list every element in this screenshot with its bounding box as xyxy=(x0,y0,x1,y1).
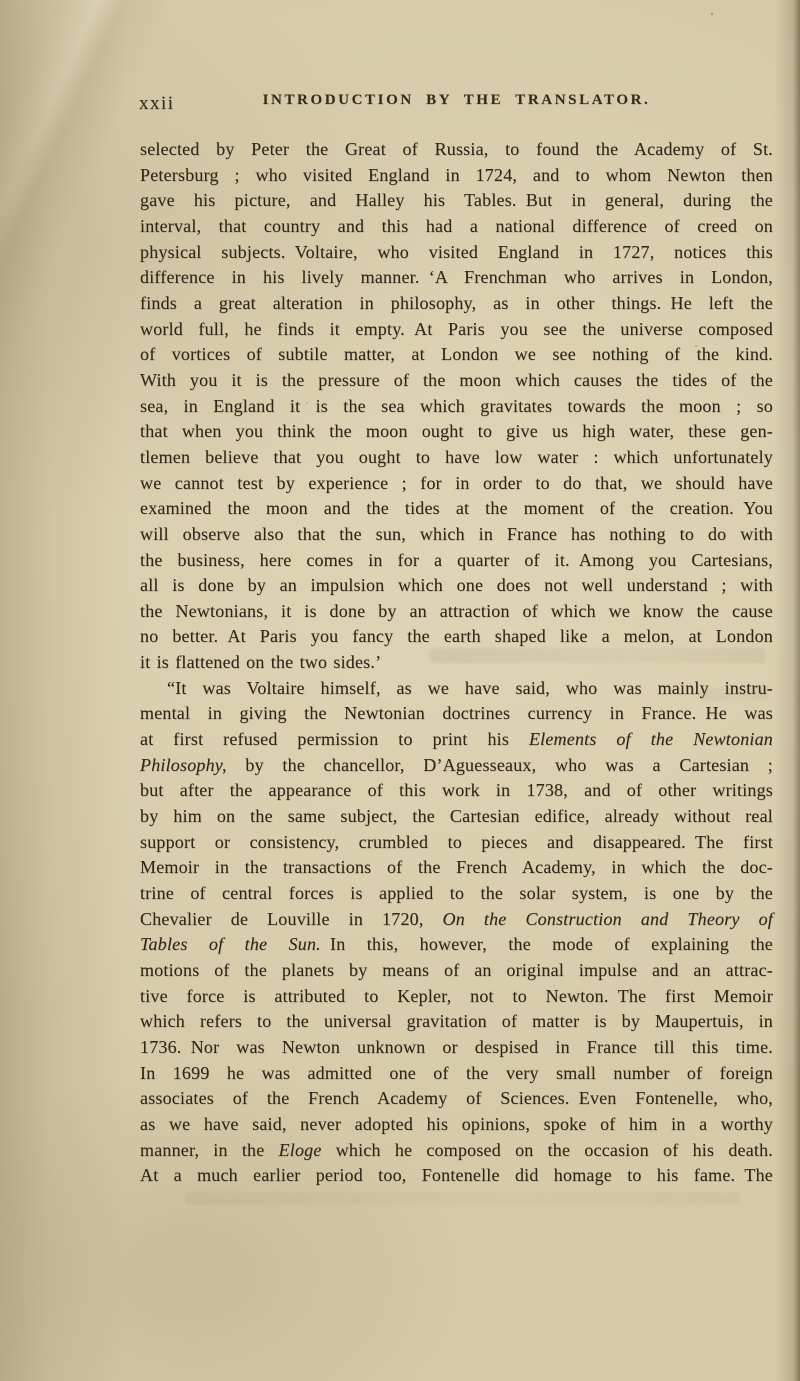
text-segment: physical subjects. Voltaire, who visited… xyxy=(140,242,773,262)
text-segment: trine of central forces is applied to th… xyxy=(140,883,773,903)
text-segment: the Newtonians, it is done by an attract… xyxy=(140,601,773,621)
text-line: finds a great alteration in philosophy, … xyxy=(140,291,773,317)
text-segment: of vortices of subtile matter, at London… xyxy=(140,344,773,364)
text-line: no better. At Paris you fancy the earth … xyxy=(140,624,773,650)
text-segment: In 1699 he was admitted one of the very … xyxy=(140,1063,773,1083)
text-segment: but after the appearance of this work in… xyxy=(140,780,773,800)
text-segment: by the chancellor, D’Aguesseaux, who was… xyxy=(227,755,773,775)
text-segment: At a much earlier period too, Fontenelle… xyxy=(140,1165,773,1185)
text-segment: by him on the same subject, the Cartesia… xyxy=(140,806,773,826)
text-segment: all is done by an impulsion which one do… xyxy=(140,575,773,595)
text-segment: difference in his lively manner. ‘A Fren… xyxy=(140,267,773,287)
text-segment: Memoir in the transactions of the French… xyxy=(140,857,773,877)
text-line: world full, he finds it empty. At Paris … xyxy=(140,317,773,343)
text-segment: motions of the planets by means of an or… xyxy=(140,960,773,980)
text-segment: 1736. Nor was Newton unknown or despised… xyxy=(140,1037,773,1057)
text-line: of vortices of subtile matter, at London… xyxy=(140,342,773,368)
text-line: the Newtonians, it is done by an attract… xyxy=(140,599,773,625)
text-segment: tlemen believe that you ought to have lo… xyxy=(140,447,773,467)
book-page: xxii INTRODUCTION BY THE TRANSLATOR. sel… xyxy=(0,0,800,1381)
text-segment: it is flattened on the two sides.’ xyxy=(140,652,381,672)
text-line: it is flattened on the two sides.’ xyxy=(140,650,773,676)
text-line: At a much earlier period too, Fontenelle… xyxy=(140,1163,773,1189)
text-line: trine of central forces is applied to th… xyxy=(140,881,773,907)
text-line: sea, in England it is the sea which grav… xyxy=(140,394,773,420)
text-line: as we have said, never adopted his opini… xyxy=(140,1112,773,1138)
paper-speck xyxy=(695,345,697,347)
text-block: selected by Peter the Great of Russia, t… xyxy=(140,137,773,1189)
text-segment: manner, in the xyxy=(140,1140,279,1160)
text-line: but after the appearance of this work in… xyxy=(140,778,773,804)
text-segment: support or consistency, crumbled to piec… xyxy=(140,832,773,852)
text-line: physical subjects. Voltaire, who visited… xyxy=(140,240,773,266)
text-line: at first refused permission to print his… xyxy=(140,727,773,753)
text-line: difference in his lively manner. ‘A Fren… xyxy=(140,265,773,291)
text-line: manner, in the Eloge which he composed o… xyxy=(140,1138,773,1164)
text-segment: no better. At Paris you fancy the earth … xyxy=(140,626,773,646)
text-line: selected by Peter the Great of Russia, t… xyxy=(140,137,773,163)
text-line: gave his picture, and Halley his Tables.… xyxy=(140,188,773,214)
text-segment: sea, in England it is the sea which grav… xyxy=(140,396,773,416)
text-segment: that when you think the moon ought to gi… xyxy=(140,421,773,441)
text-segment: With you it is the pressure of the moon … xyxy=(140,370,773,390)
text-segment: the business, here comes in for a quarte… xyxy=(140,550,773,570)
text-line: motions of the planets by means of an or… xyxy=(140,958,773,984)
text-segment: Petersburg ; who visited England in 1724… xyxy=(140,165,773,185)
text-segment: “It was Voltaire himself, as we have sai… xyxy=(167,678,773,698)
text-line: associates of the French Academy of Scie… xyxy=(140,1086,773,1112)
paper-speck xyxy=(306,402,308,404)
text-segment: mental in giving the Newtonian doctrines… xyxy=(140,703,773,723)
text-line: that when you think the moon ought to gi… xyxy=(140,419,773,445)
text-segment: selected by Peter the Great of Russia, t… xyxy=(140,139,773,159)
text-segment: associates of the French Academy of Scie… xyxy=(140,1088,773,1108)
text-line: mental in giving the Newtonian doctrines… xyxy=(140,701,773,727)
text-line: which refers to the universal gravitatio… xyxy=(140,1009,773,1035)
text-segment: examined the moon and the tides at the m… xyxy=(140,498,773,518)
text-segment: In this, however, the mode of explaining… xyxy=(321,934,773,954)
text-segment: world full, he finds it empty. At Paris … xyxy=(140,319,773,339)
text-line: Philosophy, by the chancellor, D’Aguesse… xyxy=(140,753,773,779)
show-through-smudge xyxy=(185,1192,740,1205)
text-segment: finds a great alteration in philosophy, … xyxy=(140,293,773,313)
text-segment: gave his picture, and Halley his Tables.… xyxy=(140,190,773,210)
paper-speck xyxy=(711,13,713,15)
italic-text-segment: Tables of the Sun. xyxy=(140,934,321,954)
text-line: the business, here comes in for a quarte… xyxy=(140,548,773,574)
text-line: Tables of the Sun. In this, however, the… xyxy=(140,932,773,958)
text-line: all is done by an impulsion which one do… xyxy=(140,573,773,599)
running-title: INTRODUCTION BY THE TRANSLATOR. xyxy=(140,92,773,109)
italic-text-segment: On the Construction and Theory of xyxy=(443,909,773,929)
italic-text-segment: Eloge xyxy=(279,1140,322,1160)
italic-text-segment: Philosophy, xyxy=(140,755,227,775)
text-segment: which he composed on the occasion of his… xyxy=(322,1140,773,1160)
text-line: interval, that country and this had a na… xyxy=(140,214,773,240)
text-line: examined the moon and the tides at the m… xyxy=(140,496,773,522)
text-line: tlemen believe that you ought to have lo… xyxy=(140,445,773,471)
page-header: xxii INTRODUCTION BY THE TRANSLATOR. xyxy=(140,0,773,130)
text-line: we cannot test by experience ; for in or… xyxy=(140,471,773,497)
italic-text-segment: Elements of the Newtonian xyxy=(529,729,773,749)
text-segment: Chevalier de Louville in 1720, xyxy=(140,909,443,929)
text-segment: interval, that country and this had a na… xyxy=(140,216,773,236)
text-line: tive force is attributed to Kepler, not … xyxy=(140,984,773,1010)
text-segment: which refers to the universal gravitatio… xyxy=(140,1011,773,1031)
text-line: by him on the same subject, the Cartesia… xyxy=(140,804,773,830)
text-segment: will observe also that the sun, which in… xyxy=(140,524,773,544)
text-line: Petersburg ; who visited England in 1724… xyxy=(140,163,773,189)
text-segment: at first refused permission to print his xyxy=(140,729,529,749)
text-line: will observe also that the sun, which in… xyxy=(140,522,773,548)
text-line: 1736. Nor was Newton unknown or despised… xyxy=(140,1035,773,1061)
text-segment: tive force is attributed to Kepler, not … xyxy=(140,986,773,1006)
text-segment: as we have said, never adopted his opini… xyxy=(140,1114,773,1134)
text-line: Memoir in the transactions of the French… xyxy=(140,855,773,881)
text-line: With you it is the pressure of the moon … xyxy=(140,368,773,394)
text-line: In 1699 he was admitted one of the very … xyxy=(140,1061,773,1087)
text-line: Chevalier de Louville in 1720, On the Co… xyxy=(140,907,773,933)
text-segment: we cannot test by experience ; for in or… xyxy=(140,473,773,493)
text-line: support or consistency, crumbled to piec… xyxy=(140,830,773,856)
text-line: “It was Voltaire himself, as we have sai… xyxy=(140,676,773,702)
